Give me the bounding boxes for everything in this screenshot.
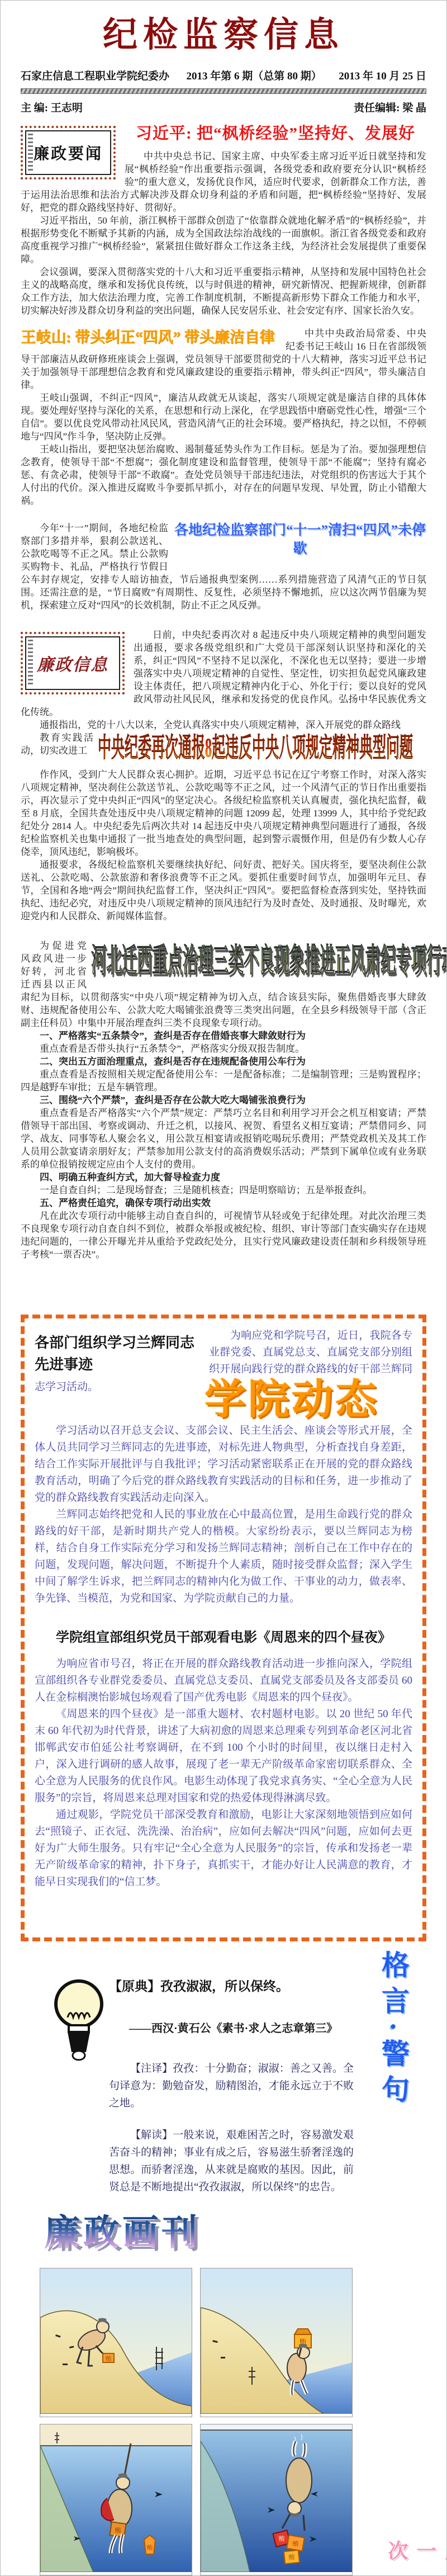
comic-caption-zuihou-yici: 最后一次 — [383, 2540, 447, 2576]
headline-qianxi-wrap: 河北迁西重点治理三类不良现象推进正风肃纪专项行动 — [91, 939, 426, 987]
article-paragraph: 学习活动以召开总支会议、支部会议、民主生活会、座谈会等形式开展，全体人员共同学习… — [35, 1422, 412, 1506]
section-lianzheng-xinxi: 廉政信息 日前，中央纪委再次对 8 起违反中央八项规定精神的典型问题发出通报，要… — [21, 628, 426, 1261]
headline-lanhui: 各部门组织学习兰辉同志先进事迹 — [35, 1332, 206, 1376]
article-paragraph: 《周恩来的四个昼夜》是一部重大题材、农村题材电影。以 20 世纪 50 年代末 … — [35, 1706, 412, 1807]
comic-panel-3: 贿 贿 — [40, 2424, 192, 2575]
issue-date: 2013 年 10 月 25 日 — [339, 68, 426, 83]
coil-decoration — [28, 134, 33, 172]
article-paragraph: 王岐山指出，要把坚决惩治腐败、遏制蔓延势头作为工作目标。惩是为了治。要加强理想信… — [21, 443, 426, 507]
section-geyan-jingju: 格言·警句 【原典】孜孜淑淑，所以保终。 ——西汉·黄石公《素书·求人之志章第三… — [21, 1957, 426, 2196]
motto-note: 【注译】孜孜：十分勤奋；淑淑：善之又善。全句译意为：勤勉奋发，励精图治，才能永远… — [109, 2060, 354, 2112]
motto-source: ——西汉·黄石公《素书·求人之志章第三》 — [129, 2019, 354, 2035]
wordart-geyan-jingju: 格言·警句 — [379, 1950, 407, 2111]
article-paragraph: 通过观影，学院党员干部深受教育和激励，电影让大家深刻地领悟到应如何去“照镜子、正… — [35, 1807, 412, 1890]
publisher: 石家庄信息工程职业学院纪委办 — [21, 68, 169, 83]
svg-text:贿: 贿 — [293, 2540, 299, 2547]
motto-interpretation: 【解读】一般来说，艰难困苦之时，容易激发艰苦奋斗的精神；事业有成之后，容易滋生骄… — [109, 2126, 354, 2196]
article-xijinping: 廉政要闻 习近平: 把“枫桥经验”坚持好、发展好 中共中央总书记、国家主席、中央… — [21, 124, 426, 318]
section-lianzheng-yaowen: 廉政要闻 习近平: 把“枫桥经验”坚持好、发展好 中共中央总书记、国家主席、中央… — [21, 124, 426, 612]
article-paragraph: 为响应省市号召，将正在开展的群众路线教育活动进一步推向深入，学院组宣部组织各专业… — [35, 1656, 412, 1706]
headline-zhouenlai-movie: 学院组宣部组织党员干部观看电影《周恩来的四个昼夜》 — [35, 1626, 412, 1646]
article-paragraph: 会议强调，要深入贯彻落实党的十八大和习近平重要指示精神，从坚持和发展中国特色社会… — [21, 266, 426, 317]
publication-info-row: 石家庄信息工程职业学院纪委办 2013 年第 6 期（总第 80 期） 2013… — [21, 68, 426, 83]
article-paragraph: 王岐山强调，不纠正“四风”，廉洁从政就无从谈起，落实八项规定就是廉洁自律的具体体… — [21, 391, 426, 443]
headline-shiyi-qingsao: 各地纪检监察部门“十一”清扫“四风”未停歇 — [174, 522, 426, 558]
svg-text:贿: 贿 — [147, 2544, 153, 2551]
item-heading: 三、围绕“六个严禁”，查纠是否存在公款大吃大喝铺张浪费行为 — [21, 1094, 426, 1107]
article-paragraph: 兰辉同志始终把党和人民的事业放在心中最高位置，是用生命践行党的群众路线的好干部，… — [35, 1506, 412, 1607]
item-heading: 五、严格责任追究，确保专项行动出实效 — [21, 1197, 426, 1209]
item-body: 一是自查自纠；二是现场督查；三是随机核查；四是明察暗访；五是举报查纠。 — [21, 1184, 426, 1197]
article-paragraph: 通报要求，各级纪检监察机关要继续执好纪、问好责、把好关。国庆将至，要坚决刹住公款… — [21, 858, 426, 923]
wordart-xueyuan-dongtai: 学院动态 — [205, 1379, 412, 1422]
svg-text:贿: 贿 — [279, 2535, 285, 2542]
article-hebei-qianxi: 河北迁西重点治理三类不良现象推进正风肃纪专项行动 为促进党风政风进一步好转，河北… — [21, 939, 426, 1261]
column-box-lianzheng-xinxi: 廉政信息 — [21, 632, 125, 694]
comic-panel-1: 贿 — [40, 2268, 192, 2417]
item-body: 凡在此次专项行动中能够主动自查自纠的，可视情节从轻或免于纪律处理。对此次治理三类… — [21, 1209, 426, 1261]
comic-strip: 贿 贿 — [40, 2268, 353, 2575]
item-body: 重点查看是否严格落实“六个严禁”规定：严禁巧立名目和利用学习开会之机互相宴请；严… — [21, 1107, 426, 1171]
item-heading: 二、突出五方面治理重点，查纠是否存在违规配备使用公车行为 — [21, 1055, 426, 1068]
article-zhongyang-jiwei: 廉政信息 日前，中央纪委再次对 8 起违反中央八项规定精神的典型问题发出通报，要… — [21, 628, 426, 923]
headline-tongbao: 中央纪委再次通报8起违反中央八项规定精神典型问题 — [98, 732, 413, 764]
svg-text:贿: 贿 — [115, 2527, 121, 2534]
item-body: 重点查看是否按照相关规定配备使用公车：一是配备标准；二是编制管理；三是购置程序；… — [21, 1068, 426, 1094]
headline-tongbao-wrap: 中央纪委再次通报8起违反中央八项规定精神典型问题 — [98, 732, 426, 765]
item-heading: 四、明确五种查纠方式，加大督导检查力度 — [21, 1171, 426, 1184]
article-paragraph: 习近平指出，50 年前，浙江枫桥干部群众创造了“依靠群众就地化解矛盾”的“枫桥经… — [21, 214, 426, 266]
page-title: 纪检监察信息 — [21, 14, 426, 58]
article-paragraph: 作作风，受到广大人民群众衷心拥护。近期，习近平总书记在辽宁考察工作时，对深入落实… — [21, 768, 426, 858]
item-heading: 一、严格落实“五条禁令”，查纠是否存在借婚丧事大肆敛财行为 — [21, 1029, 426, 1042]
lightbulb-icon — [52, 1973, 106, 2069]
column-box-label: 廉政信息 — [37, 651, 108, 675]
article-paragraph: 通报指出，党的十八大以来，全党认真落实中央八项规定精神，深入开展党的群众路线 — [21, 719, 426, 731]
comic-panel-2: 贿 — [200, 2268, 353, 2417]
newsletter-page: 纪检监察信息 石家庄信息工程职业学院纪委办 2013 年第 6 期（总第 80 … — [0, 0, 447, 2576]
item-body: 重点查看是否带头执行“五条禁令”，严格落实分级双报告制度。 — [21, 1042, 426, 1055]
headline-wangqishan: 王岐山: 带头纠正“四风” 带头廉洁自律 — [21, 328, 279, 347]
hatched-divider — [21, 88, 426, 94]
column-box-lianzheng-yaowen: 廉政要闻 — [21, 126, 116, 179]
comic-panel-4: 贿 贿 贿 — [200, 2424, 353, 2575]
svg-text:贿: 贿 — [289, 2554, 295, 2561]
duty-editor: 责任编辑: 梁 晶 — [354, 100, 426, 115]
section-xueyuan-dongtai: 各部门组织学习兰辉同志先进事迹 学院动态 为响应党和学院号召，近日，我院各专业群… — [21, 1315, 426, 1941]
editors-row: 主 编: 王志明 责任编辑: 梁 晶 — [21, 100, 426, 115]
coil-decoration — [28, 640, 33, 687]
masthead: 纪检监察信息 石家庄信息工程职业学院纪委办 2013 年第 6 期（总第 80 … — [21, 1, 426, 115]
column-box-label: 廉政要闻 — [34, 141, 103, 164]
wordart-lianzheng-huakan: 廉政画刊 — [44, 2213, 201, 2254]
issue-number: 2013 年第 6 期（总第 80 期） — [186, 68, 321, 83]
chief-editor: 主 编: 王志明 — [21, 100, 83, 115]
svg-text:贿: 贿 — [106, 2355, 112, 2362]
headline-qianxi: 河北迁西重点治理三类不良现象推进正风肃纪专项行动 — [91, 939, 447, 982]
wrapped-headline-row: 中央纪委再次通报8起违反中央八项规定精神典型问题 教育实践活动，切实改进工 — [21, 731, 426, 768]
article-wangqishan: 王岐山: 带头纠正“四风” 带头廉洁自律 中共中央政治局常委、中央纪委书记王岐山… — [21, 327, 426, 507]
article-shiyi-qingsao: 各地纪检监察部门“十一”清扫“四风”未停歇 今年“十一”期间，各地纪检监察部门多… — [21, 522, 426, 612]
motto-original-text: 【原典】孜孜淑淑，所以保终。 — [109, 1976, 354, 1994]
section-lianzheng-huakan: 廉政画刊 — [21, 2213, 426, 2576]
